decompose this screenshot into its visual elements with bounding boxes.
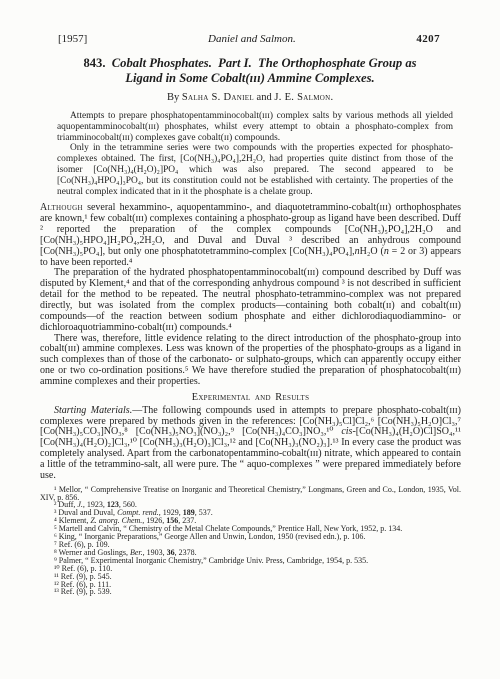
text-segment: 843.	[83, 56, 105, 70]
journal-page: [1957] Daniel and Salmon. 4207 843. Coba…	[0, 0, 500, 679]
text-segment: By	[167, 92, 182, 103]
text-segment: Salha S. Daniel	[182, 92, 254, 103]
text-segment: and	[254, 92, 274, 103]
abstract: Attempts to prepare phosphatopentamminoc…	[57, 111, 453, 197]
text-segment: Ligand in Some Cobalt(ɪɪɪ) Ammine Comple…	[125, 71, 374, 85]
article-body: Although several hexammino-, aquopentamm…	[40, 203, 461, 481]
text-segment: cis	[341, 426, 352, 437]
article-byline: By Salha S. Daniel and J. E. Salmon.	[0, 92, 500, 103]
body-paragraph-2: The preparation of the hydrated phosphat…	[40, 268, 461, 333]
header-page-number: 4207	[416, 33, 440, 45]
text-segment: Cobalt Phosphates. Part I. The Orthophos…	[112, 56, 417, 70]
header-running-title: Daniel and Salmon.	[208, 33, 296, 45]
text-segment: Experimental and Results	[192, 392, 310, 403]
text-segment: ¹ Mellor, “ Comprehensive Treatise on In…	[40, 485, 461, 502]
footnote-13: ¹³ Ref. (9), p. 539.	[40, 588, 461, 596]
text-segment: Although	[40, 202, 83, 213]
text-segment: J. E. Salmon	[274, 92, 330, 103]
body-paragraph-3: There was, therefore, little evidence re…	[40, 334, 461, 388]
text-segment: Starting Materials.	[54, 405, 132, 416]
footnote-1: ¹ Mellor, “ Comprehensive Treatise on In…	[40, 486, 461, 502]
footnotes: ¹ Mellor, “ Comprehensive Treatise on In…	[40, 486, 461, 597]
article-title-line2: Ligand in Some Cobalt(ɪɪɪ) Ammine Comple…	[0, 71, 500, 86]
text-segment: H₂O (	[360, 246, 384, 257]
text-segment: The preparation of the hydrated phosphat…	[40, 267, 461, 332]
article-title: 843. Cobalt Phosphates. Part I. The Orth…	[0, 56, 500, 86]
article-title-line1: 843. Cobalt Phosphates. Part I. The Orth…	[0, 56, 500, 71]
text-segment: There was, therefore, little evidence re…	[40, 333, 461, 387]
abstract-paragraph-2: Only in the tetrammine series were two c…	[57, 143, 453, 197]
text-segment: .	[330, 92, 333, 103]
body-paragraph-1: Although several hexammino-, aquopentamm…	[40, 203, 461, 268]
header-year: [1957]	[58, 33, 87, 45]
section-heading-experimental-and-results: Experimental and Results	[40, 392, 461, 403]
body-paragraph-starting-materials: Starting Materials.—The following compou…	[40, 406, 461, 482]
text-segment: ¹³ Ref. (9), p. 539.	[54, 587, 112, 596]
page-header: [1957] Daniel and Salmon. 4207	[58, 33, 440, 45]
abstract-paragraph-1: Attempts to prepare phosphatopentamminoc…	[57, 111, 453, 143]
text-segment: , 537.	[195, 508, 213, 517]
